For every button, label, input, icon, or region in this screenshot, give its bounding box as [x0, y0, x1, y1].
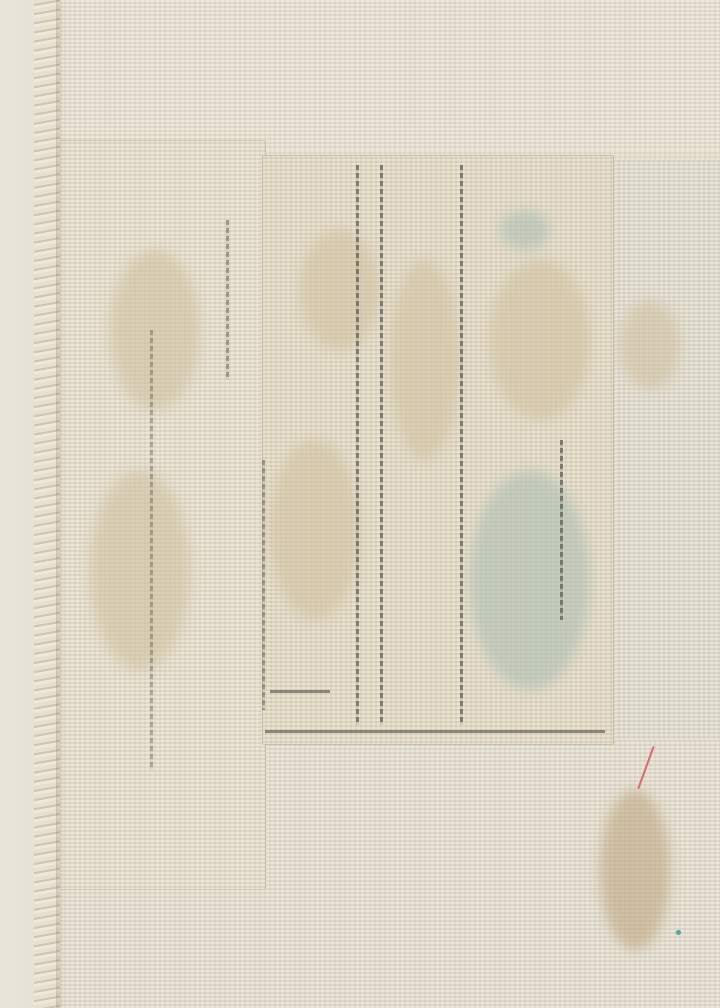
fringe-shadow [56, 0, 64, 1008]
beige-motif [270, 440, 360, 620]
right-field [610, 160, 720, 760]
sage-green-motif [500, 210, 550, 250]
charcoal-outline [560, 440, 563, 620]
motif-stitch [270, 690, 330, 693]
rug-photo: Close-up of a faded vintage patchwork ru… [0, 0, 720, 1008]
charcoal-outline [356, 165, 359, 725]
sage-green-motif [470, 470, 590, 690]
charcoal-outline [262, 460, 265, 710]
beige-motif [90, 470, 190, 670]
charcoal-outline [460, 165, 463, 725]
beige-motif [620, 300, 680, 390]
beige-motif [390, 260, 460, 460]
tan-stain [600, 790, 670, 950]
beige-motif [110, 250, 200, 410]
charcoal-outline [150, 330, 153, 770]
charcoal-outline [380, 165, 383, 725]
beige-motif [300, 230, 380, 350]
teal-fleck [676, 930, 681, 935]
top-field [56, 0, 720, 150]
beige-motif [490, 260, 590, 420]
patch-seam [265, 730, 605, 733]
charcoal-outline [226, 220, 229, 380]
